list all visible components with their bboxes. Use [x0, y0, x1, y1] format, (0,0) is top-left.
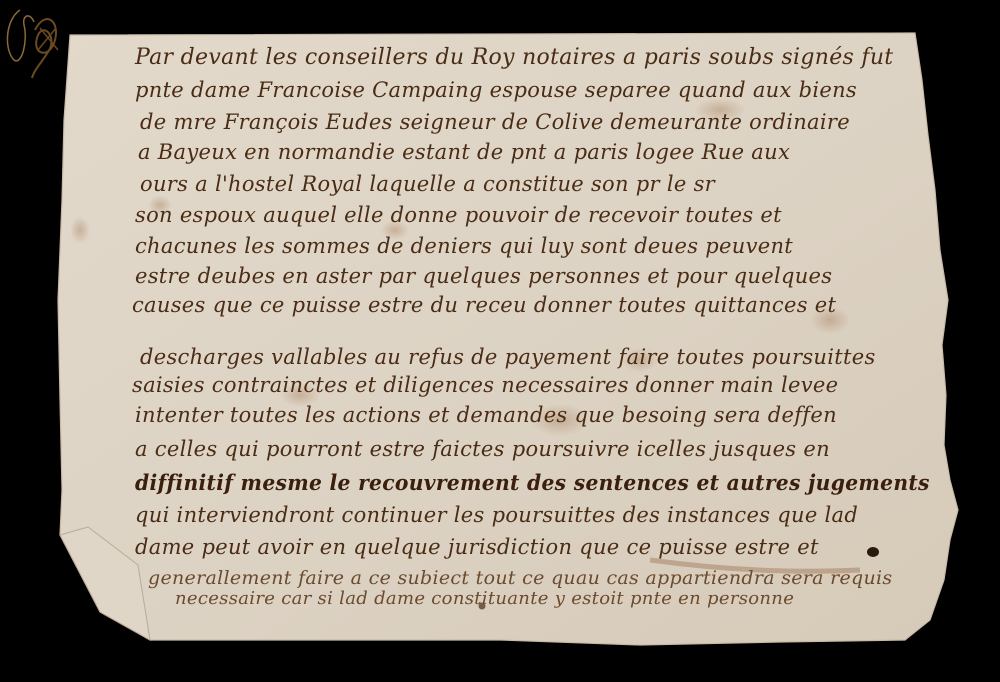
manuscript-line-2: pnte dame Francoise Campaing espouse sep… — [135, 78, 857, 102]
manuscript-line-14: diffinitif mesme le recouvrement des sen… — [135, 470, 930, 495]
paraph-monogram-icon — [0, 0, 80, 80]
manuscript-line-6: son espoux auquel elle donne pouvoir de … — [135, 203, 782, 227]
document-viewer: Par devant les conseillers du Roy notair… — [0, 0, 1000, 682]
manuscript-line-15: qui interviendront continuer les poursui… — [135, 503, 858, 527]
manuscript-line-12: intenter toutes les actions et demandes … — [135, 403, 837, 427]
manuscript-line-8: estre deubes en aster par quelques perso… — [135, 264, 832, 288]
manuscript-line-4: a Bayeux en normandie estant de pnt a pa… — [138, 140, 790, 164]
manuscript-line-5: ours a l'hostel Royal laquelle a constit… — [140, 172, 715, 196]
manuscript-line-16: dame peut avoir en quelque jurisdiction … — [135, 535, 819, 559]
manuscript-line-17: generallement faire a ce subiect tout ce… — [148, 567, 893, 589]
manuscript-line-13: a celles qui pourront estre faictes pour… — [135, 437, 830, 461]
manuscript-line-11: saisies contrainctes et diligences neces… — [132, 373, 838, 397]
manuscript-line-10: descharges vallables au refus de payemen… — [140, 345, 876, 369]
manuscript-line-3: de mre François Eudes seigneur de Colive… — [140, 110, 850, 134]
manuscript-paper: Par devant les conseillers du Roy notair… — [0, 0, 1000, 682]
manuscript-line-1: Par devant les conseillers du Roy notair… — [135, 45, 893, 70]
manuscript-line-9: causes que ce puisse estre du receu donn… — [132, 293, 836, 317]
manuscript-line-18: necessaire car si lad dame constituante … — [175, 588, 794, 609]
manuscript-line-7: chacunes les sommes de deniers qui luy s… — [135, 234, 793, 258]
